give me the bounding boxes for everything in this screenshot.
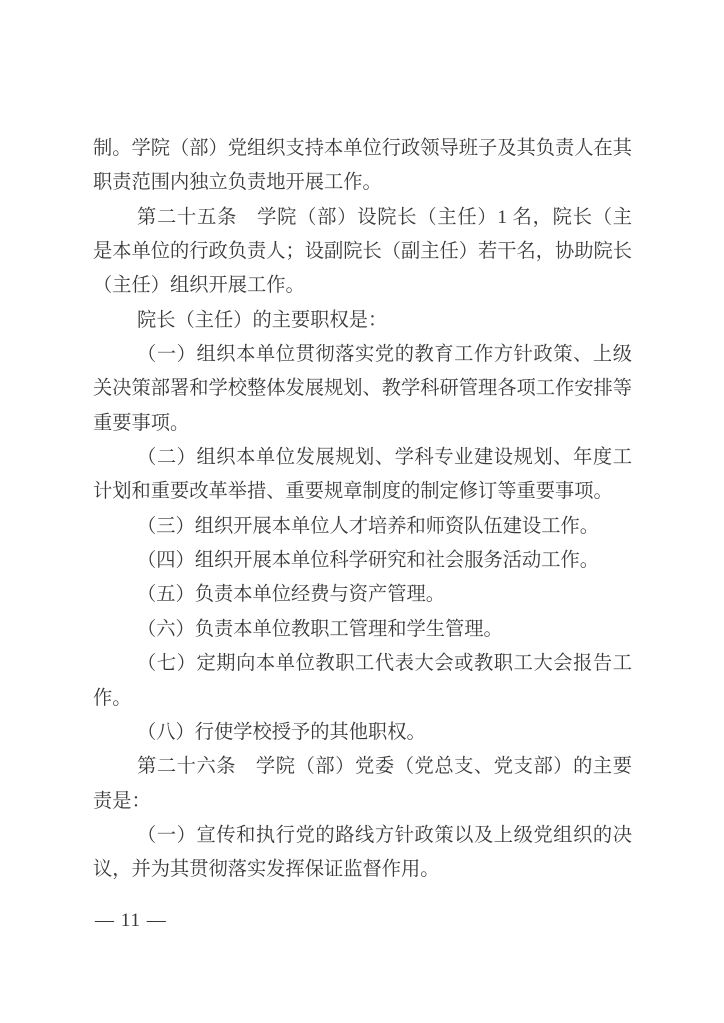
document-line: 院长（主任）的主要职权是： bbox=[93, 304, 632, 338]
document-line: （五）负责本单位经费与资产管理。 bbox=[93, 578, 632, 612]
document-line: （一）宣传和执行党的路线方针政策以及上级党组织的决 bbox=[93, 819, 632, 853]
document-line: 重要事项。 bbox=[93, 407, 632, 441]
document-line: 制。学院（部）党组织支持本单位行政领导班子及其负责人在其 bbox=[93, 132, 632, 166]
document-line: 第二十六条 学院（部）党委（党总支、党支部）的主要职 bbox=[93, 750, 632, 784]
document-line: 关决策部署和学校整体发展规划、教学科研管理各项工作安排等 bbox=[93, 372, 632, 406]
document-line: 是本单位的行政负责人；设副院长（副主任）若干名，协助院长 bbox=[93, 235, 632, 269]
document-line: 责是： bbox=[93, 785, 632, 819]
document-line: （六）负责本单位教职工管理和学生管理。 bbox=[93, 613, 632, 647]
document-line: （三）组织开展本单位人才培养和师资队伍建设工作。 bbox=[93, 510, 632, 544]
document-line: （七）定期向本单位教职工代表大会或教职工大会报告工 bbox=[93, 647, 632, 681]
document-line: 议，并为其贯彻落实发挥保证监督作用。 bbox=[93, 853, 632, 887]
document-line: （一）组织本单位贯彻落实党的教育工作方针政策、上级有 bbox=[93, 338, 632, 372]
document-body: 制。学院（部）党组织支持本单位行政领导班子及其负责人在其职责范围内独立负责地开展… bbox=[93, 132, 632, 888]
document-line: （四）组织开展本单位科学研究和社会服务活动工作。 bbox=[93, 544, 632, 578]
document-line: 计划和重要改革举措、重要规章制度的制定修订等重要事项。 bbox=[93, 475, 632, 509]
page-footer: — 11 — bbox=[95, 906, 167, 936]
document-line: 第二十五条 学院（部）设院长（主任）1 名，院长（主任） bbox=[93, 201, 632, 235]
page-number: — 11 — bbox=[95, 910, 167, 931]
document-line: 职责范围内独立负责地开展工作。 bbox=[93, 166, 632, 200]
document-page: 制。学院（部）党组织支持本单位行政领导班子及其负责人在其职责范围内独立负责地开展… bbox=[0, 0, 724, 1023]
document-line: （八）行使学校授予的其他职权。 bbox=[93, 716, 632, 750]
document-line: （二）组织本单位发展规划、学科专业建设规划、年度工作 bbox=[93, 441, 632, 475]
document-line: （主任）组织开展工作。 bbox=[93, 269, 632, 303]
document-line: 作。 bbox=[93, 682, 632, 716]
